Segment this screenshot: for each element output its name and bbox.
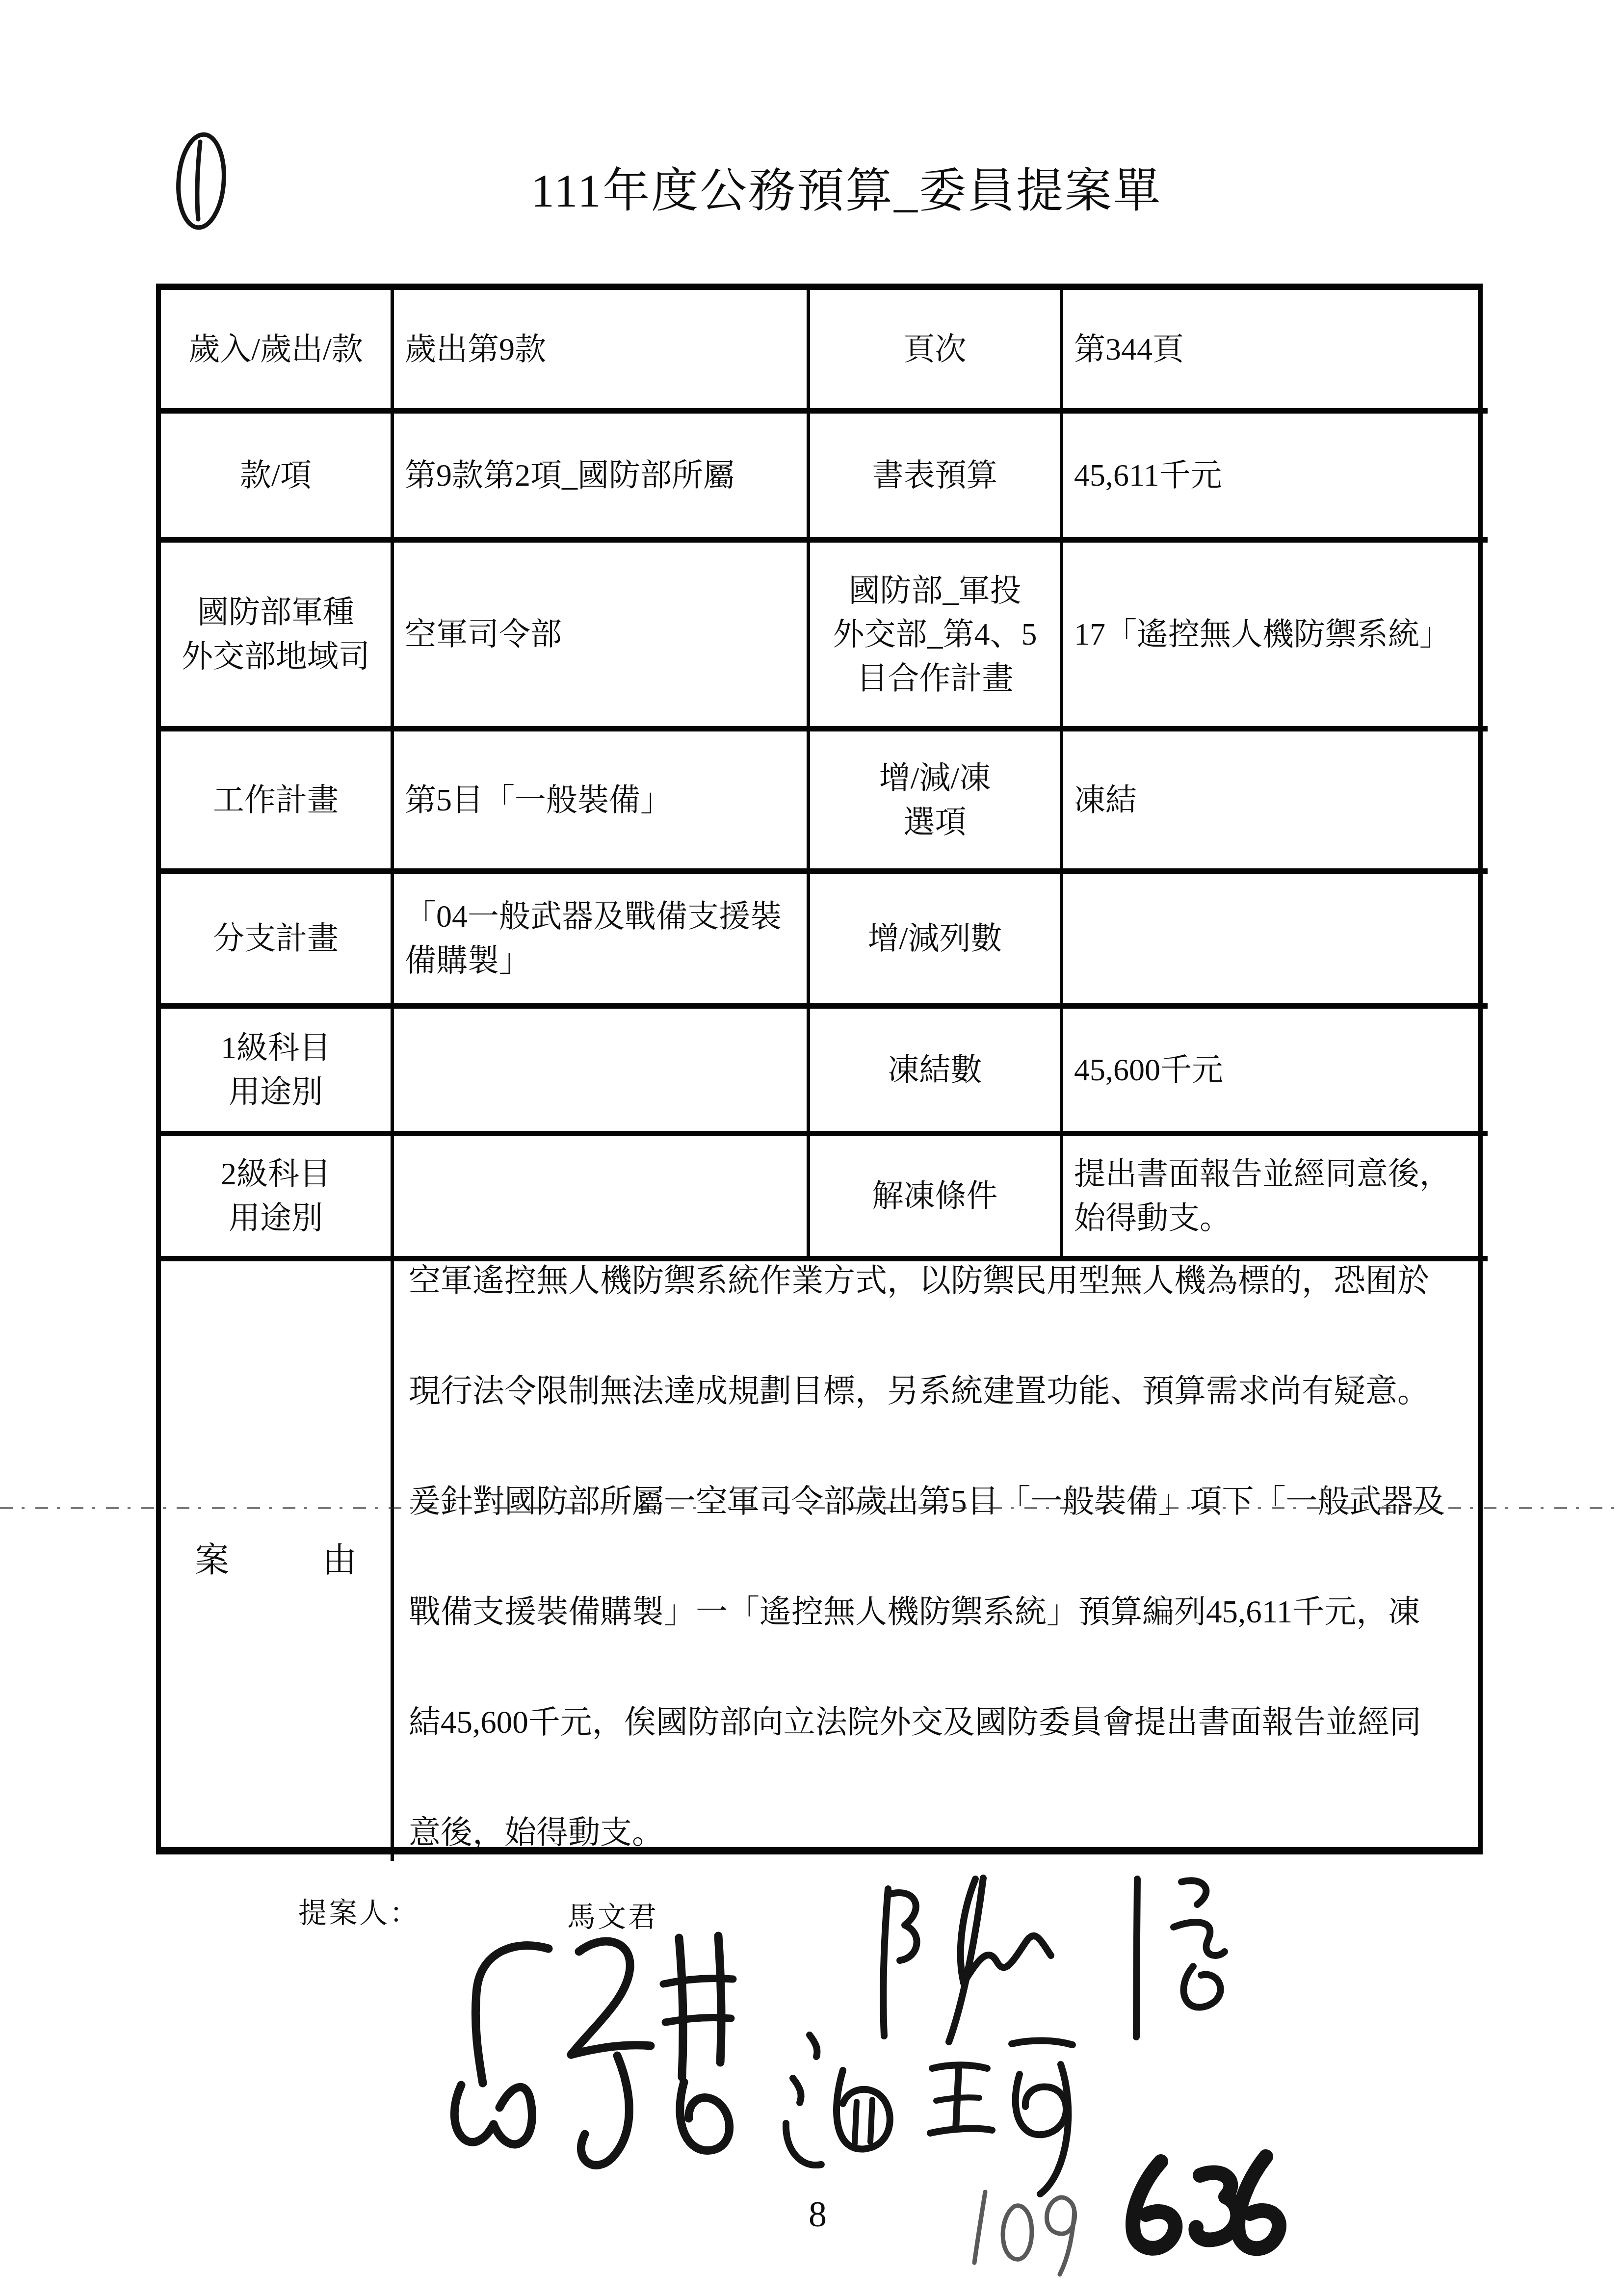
row6-value-level1-account — [394, 1009, 810, 1136]
row5-value-change-amount — [1063, 874, 1488, 1009]
row3-label-coop-plan: 國防部_軍投 外交部_第4、5 目合作計畫 — [810, 543, 1063, 731]
row5-label-branch-plan: 分支計畫 — [161, 874, 394, 1009]
row7-label-unfreeze-condition: 解凍條件 — [810, 1136, 1063, 1261]
row3-value-coop-plan: 17「遙控無人機防禦系統」 — [1063, 543, 1488, 731]
row4-label-change-option: 增/減/凍 選項 — [810, 731, 1063, 874]
row6-label-level1-account: 1級科目 用途別 — [161, 1009, 394, 1136]
row2-value-book-budget: 45,611千元 — [1063, 414, 1488, 543]
row1-label-budget-section: 歲入/歲出/款 — [161, 290, 394, 414]
case-line: 意後，始得動支。 — [409, 1778, 1478, 1861]
case-reason-label: 案 由 — [195, 1537, 357, 1585]
row1-value-page-ref: 第344頁 — [1063, 290, 1488, 414]
row3-value-service-branch: 空軍司令部 — [394, 543, 810, 731]
signature-ma-wen-jun — [454, 1936, 733, 2165]
handwritten-109 — [974, 2192, 1075, 2274]
row2-value-item: 第9款第2項_國防部所屬 — [394, 414, 810, 543]
row4-value-work-plan: 第5目「一般裝備」 — [394, 731, 810, 874]
case-reason-lines: 空軍遙控無人機防禦系統作業方式，以防禦民用型無人機為標的，恐囿於 現行法令限制無… — [409, 1261, 1478, 1861]
case-line: 結45,600千元，俟國防部向立法院外交及國防委員會提出書面報告並經同 — [409, 1668, 1478, 1778]
case-line: 戰備支援裝備購製」一「遙控無人機防禦系統」預算編列45,611千元，凍 — [409, 1557, 1478, 1668]
row6-value-frozen-amount: 45,600千元 — [1063, 1009, 1488, 1136]
row5-value-branch-plan: 「04一般武器及戰備支援裝備購製」 — [394, 874, 810, 1009]
case-reason-label-cell: 案 由 — [161, 1261, 394, 1861]
proposer-name: 馬文君 — [567, 1894, 658, 1935]
row2-label-book-budget: 書表預算 — [810, 414, 1063, 543]
row5-label-change-amount: 增/減列數 — [810, 874, 1063, 1009]
page-number: 8 — [809, 2194, 827, 2236]
scan-fold-line — [0, 1507, 1624, 1509]
signature-wen-yu-hsia — [786, 2035, 1073, 2194]
page-title: 111年度公務預算_委員提案單 — [34, 153, 1624, 220]
case-line: 爰針對國防部所屬一空軍司令部歲出第5目「一般裝備」項下「一般武器及 — [409, 1447, 1478, 1557]
scanned-proposal-form: { "page": { "title": "111年度公務預算_委員提案單", … — [0, 0, 1624, 2296]
handwritten-636 — [1133, 2157, 1279, 2248]
row7-value-level2-account — [394, 1136, 810, 1261]
row1-label-page-ref: 頁次 — [810, 290, 1063, 414]
case-line: 現行法令限制無法達成規劃目標，另系統建置功能、預算需求尚有疑意。 — [409, 1336, 1478, 1447]
row3-label-service-branch: 國防部軍種 外交部地域司 — [161, 543, 394, 731]
case-line: 空軍遙控無人機防禦系統作業方式，以防禦民用型無人機為標的，恐囿於 — [409, 1261, 1478, 1336]
row4-value-change-option: 凍結 — [1063, 731, 1488, 874]
proposal-table: 歲入/歲出/款 歲出第9款 頁次 第344頁 款/項 第9款第2項_國防部所屬 … — [156, 284, 1483, 1854]
row7-value-unfreeze-condition: 提出書面報告並經同意後，始得動支。 — [1063, 1136, 1488, 1261]
signature-chen-yi-hsin — [883, 1878, 1225, 2042]
row1-value-budget-section: 歲出第9款 — [394, 290, 810, 414]
row7-label-level2-account: 2級科目 用途別 — [161, 1136, 394, 1261]
proposer-label: 提案人： — [298, 1890, 420, 1931]
row2-label-item: 款/項 — [161, 414, 394, 543]
row4-label-work-plan: 工作計畫 — [161, 731, 394, 874]
row6-label-frozen-amount: 凍結數 — [810, 1009, 1063, 1136]
case-reason-text-cell: 空軍遙控無人機防禦系統作業方式，以防禦民用型無人機為標的，恐囿於 現行法令限制無… — [394, 1261, 1488, 1861]
